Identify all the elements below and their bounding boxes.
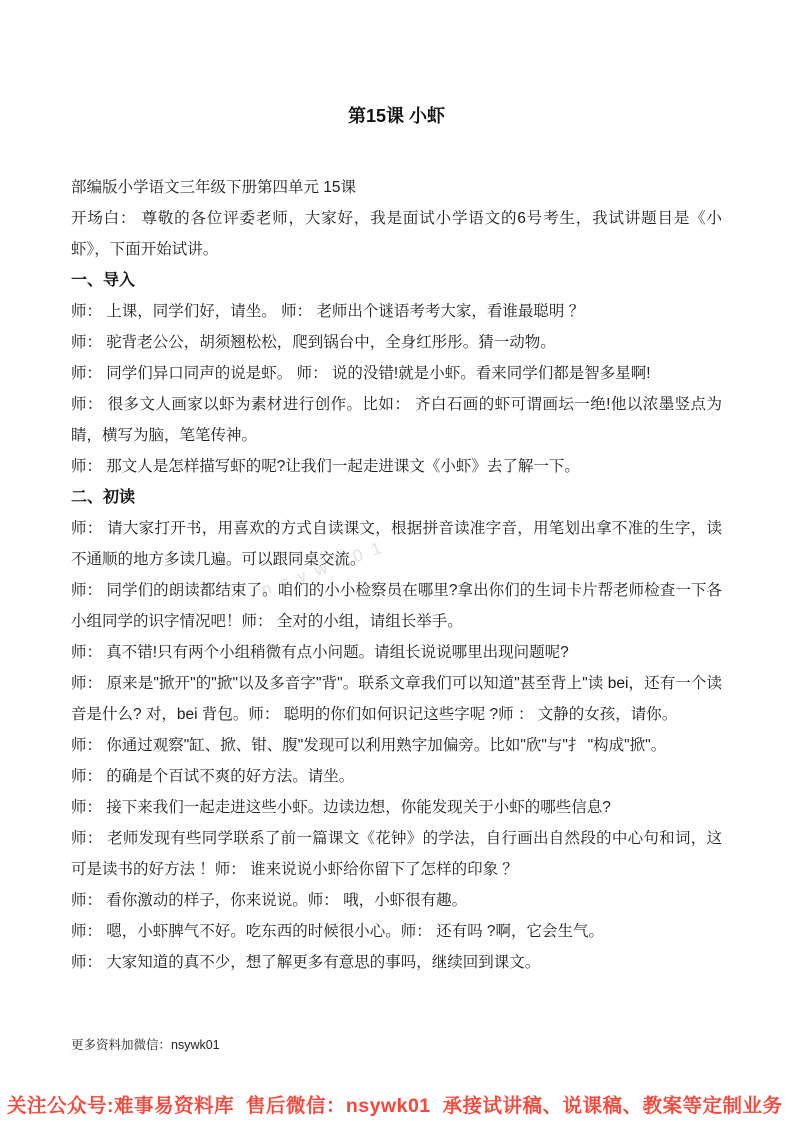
teacher-line: 师： 那文人是怎样描写虾的呢?让我们一起走进课文《小虾》去了解一下。	[71, 451, 722, 482]
teacher-line: 师： 请大家打开书，用喜欢的方式自读课文，根据拼音读准字音，用笔划出拿不准的生字…	[71, 513, 722, 575]
teacher-line: 师： 真不错!只有两个小组稍微有点小问题。请组长说说哪里出现问题呢?	[71, 637, 722, 668]
teacher-line: 师： 同学们的朗读都结束了。咱们的小小检察员在哪里?拿出你们的生词卡片帮老师检查…	[71, 575, 722, 637]
teacher-line: 师： 嗯，小虾脾气不好。吃东西的时候很小心。师： 还有吗 ?啊，它会生气。	[71, 916, 722, 947]
teacher-line: 师： 看你激动的样子，你来说说。师： 哦，小虾很有趣。	[71, 885, 722, 916]
section-heading-import: 一、导入	[71, 265, 722, 296]
document-body: 第15课 小虾 部编版小学语文三年级下册第四单元 15课 开场白： 尊敬的各位评…	[71, 0, 722, 978]
teacher-line: 师： 老师发现有些同学联系了前一篇课文《花钟》的学法，自行画出自然段的中心句和词…	[71, 823, 722, 885]
teacher-line: 师： 上课，同学们好，请坐。 师： 老师出个谜语考考大家，看谁最聪明 ？	[71, 296, 722, 327]
promo-banner: 关注公众号:难事易资料库 售后微信：nsywk01 承接试讲稿、说课稿、教案等定…	[0, 1086, 793, 1122]
page-title: 第15课 小虾	[71, 104, 722, 128]
teacher-line: 师： 的确是个百试不爽的好方法。请坐。	[71, 761, 722, 792]
teacher-line: 师： 很多文人画家以虾为素材进行创作。比如： 齐白石画的虾可谓画坛一绝!他以浓墨…	[71, 389, 722, 451]
section-heading-first-reading: 二、初读	[71, 482, 722, 513]
footer-wechat-note: 更多资料加微信：nsywk01	[71, 1036, 220, 1054]
teacher-line: 师： 你通过观察"缸、掀、钳、腹"发现可以利用熟字加偏旁。比如"欣"与"扌 "构…	[71, 730, 722, 761]
teacher-line: 师： 同学们异口同声的说是虾。 师： 说的没错!就是小虾。看来同学们都是智多星啊…	[71, 358, 722, 389]
teacher-line: 师： 接下来我们一起走进这些小虾。边读边想，你能发现关于小虾的哪些信息?	[71, 792, 722, 823]
doc-source-line: 部编版小学语文三年级下册第四单元 15课	[71, 172, 722, 203]
teacher-line: 师： 驼背老公公，胡须翘松松，爬到锅台中，全身红彤彤。猜一动物。	[71, 327, 722, 358]
document-page: nsywk01 第15课 小虾 部编版小学语文三年级下册第四单元 15课 开场白…	[0, 0, 793, 1122]
teacher-line: 师： 大家知道的真不少，想了解更多有意思的事吗，继续回到课文。	[71, 947, 722, 978]
teacher-line: 师： 原来是"掀开"的"掀"以及多音字"背"。联系文章我们可以知道"甚至背上"读…	[71, 668, 722, 730]
opening-remarks: 开场白： 尊敬的各位评委老师，大家好，我是面试小学语文的6号考生，我试讲题目是《…	[71, 203, 722, 265]
